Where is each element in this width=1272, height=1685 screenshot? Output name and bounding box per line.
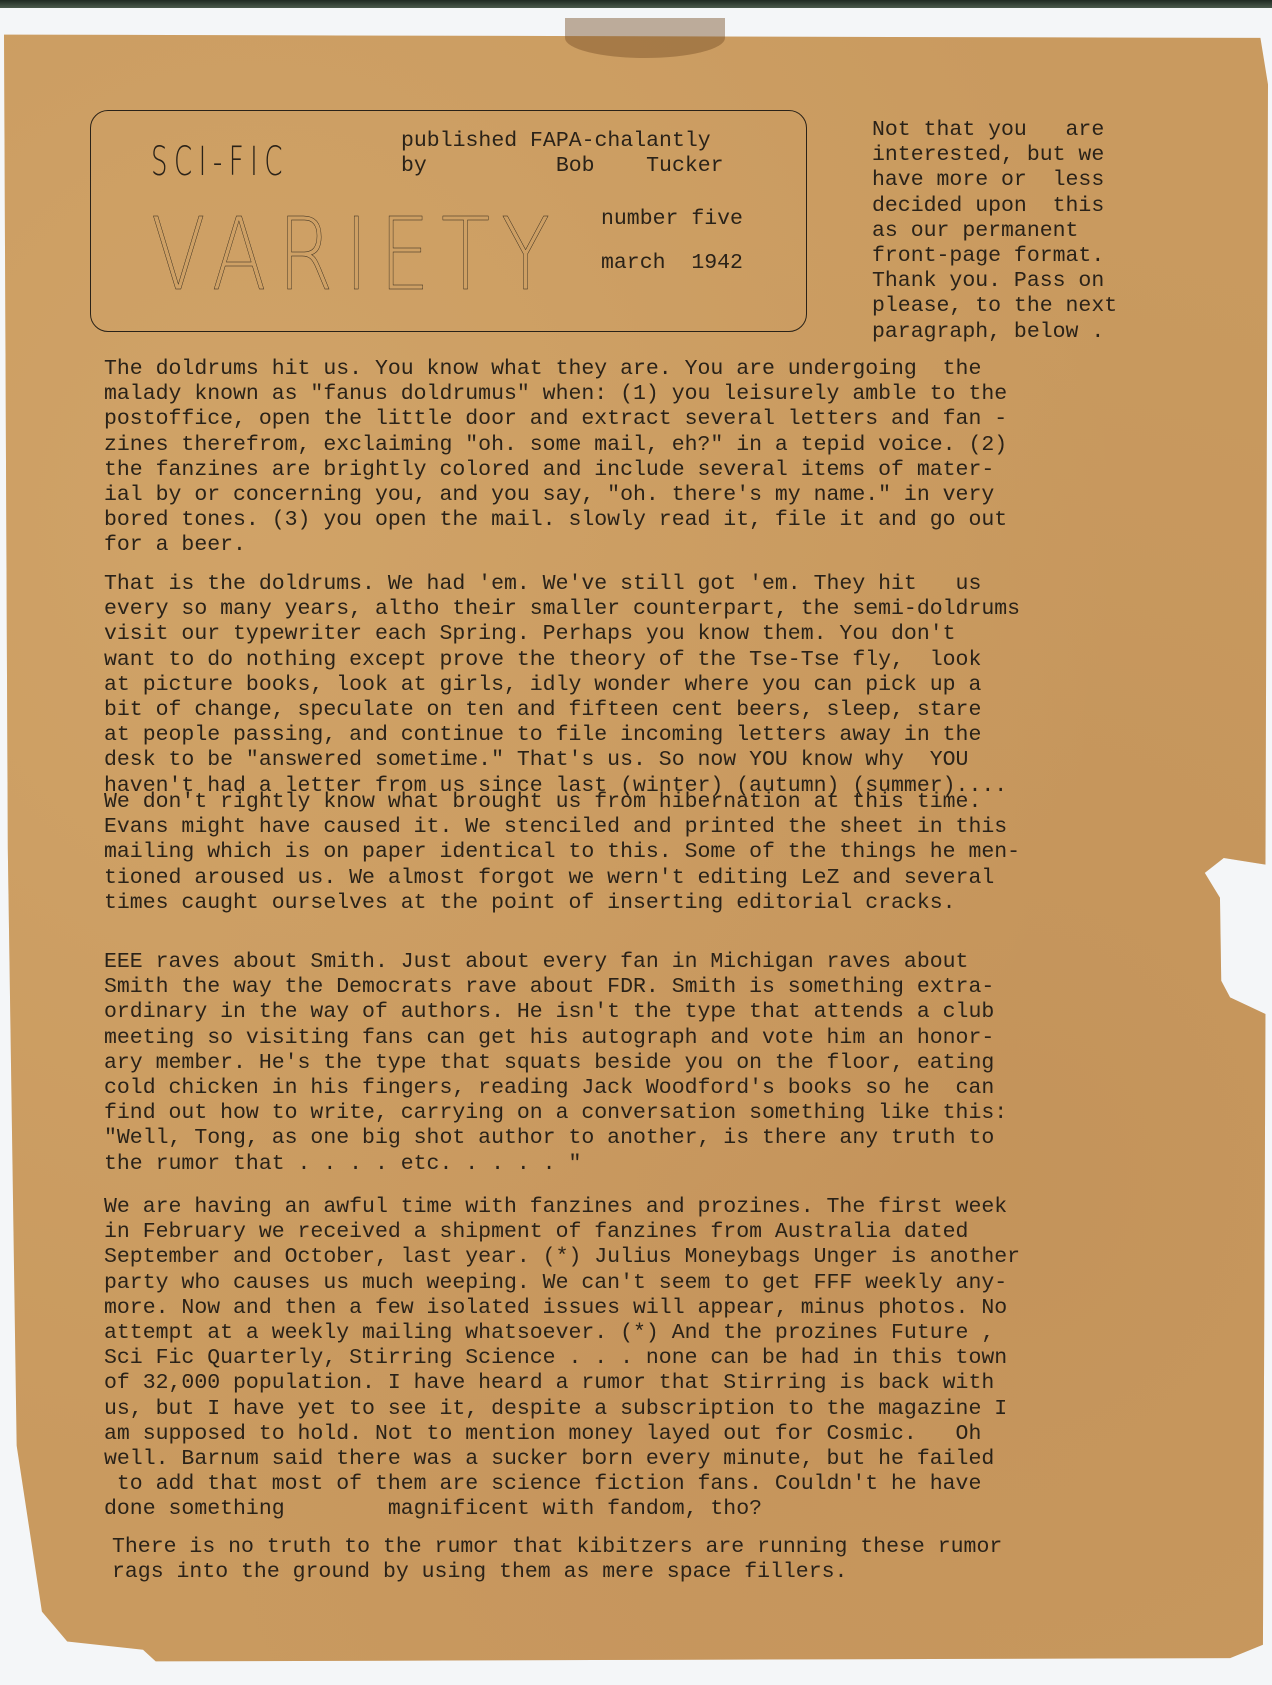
text-line: mailing which is on paper identical to t… xyxy=(104,840,1020,865)
sidenote-line: as our permanent xyxy=(872,219,1117,244)
text-line: of 32,000 population. I have heard a rum… xyxy=(104,1371,1020,1396)
masthead-publisher: published FAPA-chalantly by Bob Tucker xyxy=(401,129,724,179)
text-line: want to do nothing except prove the theo… xyxy=(104,648,1020,673)
text-line: am supposed to hold. Not to mention mone… xyxy=(104,1422,1020,1447)
sidenote-line: please, to the next xyxy=(872,294,1117,319)
masthead-issue-number: number five xyxy=(601,207,743,232)
text-line: That is the doldrums. We had 'em. We've … xyxy=(104,572,1020,597)
scan-top-edge xyxy=(0,0,1272,8)
text-line: We are having an awful time with fanzine… xyxy=(104,1195,1020,1220)
publisher-line-2: by Bob Tucker xyxy=(401,154,724,178)
text-line: visit our typewriter each Spring. Perhap… xyxy=(104,622,1020,647)
text-line: party who causes us much weeping. We can… xyxy=(104,1271,1020,1296)
paragraph-doldrums: The doldrums hit us. You know what they … xyxy=(104,357,1007,559)
text-line: Sci Fic Quarterly, Stirring Science . . … xyxy=(104,1346,1020,1371)
text-line: more. Now and then a few isolated issues… xyxy=(104,1296,1020,1321)
text-line: at people passing, and continue to file … xyxy=(104,723,1020,748)
text-line: ial by or concerning you, and you say, "… xyxy=(104,483,1007,508)
text-line: postoffice, open the little door and ext… xyxy=(104,407,1007,432)
text-line: ordinary in the way of authors. He isn't… xyxy=(104,1000,1007,1025)
masthead-box: SCI-FIC VARIETY published FAPA-chalantly… xyxy=(90,110,807,332)
sidenote-line: Not that you are xyxy=(872,118,1117,143)
text-line: EEE raves about Smith. Just about every … xyxy=(104,950,1007,975)
masthead-title-main: VARIETY xyxy=(151,196,561,313)
text-line: There is no truth to the rumor that kibi… xyxy=(112,1535,1002,1560)
text-line: ary member. He's the type that squats be… xyxy=(104,1051,1007,1076)
text-line: us, but I have yet to see it, despite a … xyxy=(104,1397,1020,1422)
text-line: attempt at a weekly mailing whatsoever. … xyxy=(104,1321,1020,1346)
sidenote-line: front-page format. xyxy=(872,244,1117,269)
text-line: the rumor that . . . . etc. . . . . " xyxy=(104,1152,1007,1177)
text-line: zines therefrom, exclaiming "oh. some ma… xyxy=(104,433,1007,458)
text-line: meeting so visiting fans can get his aut… xyxy=(104,1026,1007,1051)
text-line: well. Barnum said there was a sucker bor… xyxy=(104,1447,1020,1472)
paper-stain xyxy=(565,18,725,58)
text-line: bit of change, speculate on ten and fift… xyxy=(104,698,1020,723)
text-line: in February we received a shipment of fa… xyxy=(104,1220,1020,1245)
sidenote-line: interested, but we xyxy=(872,143,1117,168)
text-line: at picture books, look at girls, idly wo… xyxy=(104,673,1020,698)
sidenote-line: have more or less xyxy=(872,168,1117,193)
text-line: tioned aroused us. We almost forgot we w… xyxy=(104,866,1020,891)
text-line: cold chicken in his fingers, reading Jac… xyxy=(104,1076,1007,1101)
paragraph-smith: EEE raves about Smith. Just about every … xyxy=(104,950,1007,1177)
text-line: rags into the ground by using them as me… xyxy=(112,1560,1002,1585)
sidenote: Not that you areinterested, but wehave m… xyxy=(872,118,1117,345)
paragraph-that-is-the-doldrums: That is the doldrums. We had 'em. We've … xyxy=(104,572,1020,799)
text-line: Smith the way the Democrats rave about F… xyxy=(104,975,1007,1000)
sidenote-line: paragraph, below . xyxy=(872,320,1117,345)
text-line: "Well, Tong, as one big shot author to a… xyxy=(104,1126,1007,1151)
text-line: desk to be "answered sometime." That's u… xyxy=(104,748,1020,773)
text-line: The doldrums hit us. You know what they … xyxy=(104,357,1007,382)
text-line: the fanzines are brightly colored and in… xyxy=(104,458,1007,483)
text-line: September and October, last year. (*) Ju… xyxy=(104,1245,1020,1270)
text-line: times caught ourselves at the point of i… xyxy=(104,891,1020,916)
paragraph-rumor: There is no truth to the rumor that kibi… xyxy=(112,1535,1002,1585)
publisher-line-1: published FAPA-chalantly xyxy=(401,129,711,153)
masthead-title-top: SCI-FIC xyxy=(151,139,289,185)
text-line: Evans might have caused it. We stenciled… xyxy=(104,815,1020,840)
sidenote-line: decided upon this xyxy=(872,194,1117,219)
paragraph-hibernation: We don't rightly know what brought us fr… xyxy=(104,790,1020,916)
text-line: malady known as "fanus doldrumus" when: … xyxy=(104,382,1007,407)
text-line: bored tones. (3) you open the mail. slow… xyxy=(104,508,1007,533)
sidenote-line: Thank you. Pass on xyxy=(872,269,1117,294)
text-line: for a beer. xyxy=(104,533,1007,558)
text-line: to add that most of them are science fic… xyxy=(104,1472,1020,1497)
masthead-date: march 1942 xyxy=(601,251,743,276)
text-line: find out how to write, carrying on a con… xyxy=(104,1101,1007,1126)
paragraph-fanzines-prozines: We are having an awful time with fanzine… xyxy=(104,1195,1020,1523)
text-line: every so many years, altho their smaller… xyxy=(104,597,1020,622)
text-line: done something magnificent with fandom, … xyxy=(104,1497,1020,1522)
text-line: We don't rightly know what brought us fr… xyxy=(104,790,1020,815)
